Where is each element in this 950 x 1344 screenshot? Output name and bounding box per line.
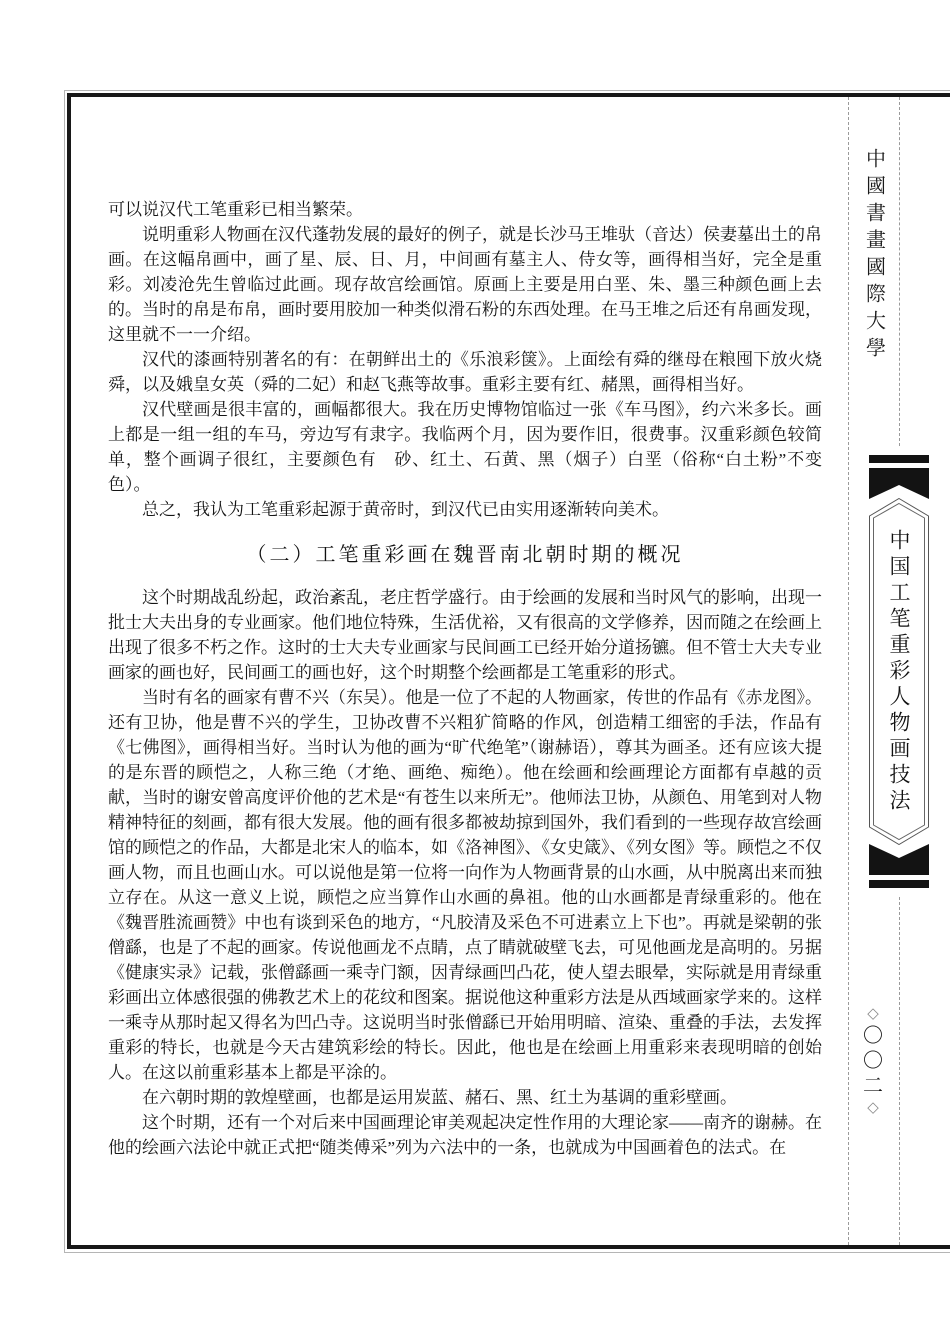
paragraph: 可以说汉代工笔重彩已相当繁荣。 [108, 197, 822, 222]
publisher-vertical-label: 中國書畫國際大學 [860, 148, 889, 364]
sidebar-divider-right-upper [899, 97, 900, 446]
title-banner: 中国工笔重彩人物画技法 [869, 455, 929, 888]
banner-ribbon-bottom [869, 844, 929, 875]
book-title-vertical: 中国工笔重彩人物画技法 [884, 529, 914, 815]
book-page: 可以说汉代工笔重彩已相当繁荣。 说明重彩人物画在汉代蓬勃发展的最好的例子，就是长… [0, 0, 950, 1344]
page-number-digit: 〇 [863, 1050, 883, 1072]
banner-panel: 中国工笔重彩人物画技法 [869, 498, 929, 845]
page-number-digit: 〇 [863, 1025, 883, 1047]
paragraph: 汉代壁画是很丰富的，画幅都很大。我在历史博物馆临过一张《车马图》，约六米多长。画… [108, 397, 822, 497]
banner-ribbon-top [869, 468, 929, 499]
sidebar-divider-left [848, 97, 849, 1245]
diamond-ornament-icon: ◇ [867, 1100, 879, 1116]
paragraph: 这个时期战乱纷起，政治紊乱，老庄哲学盛行。由于绘画的发展和当时风气的影响，出现一… [108, 585, 822, 685]
paragraph: 在六朝时期的敦煌壁画，也都是运用炭蓝、赭石、黑、红土为基调的重彩壁画。 [108, 1085, 822, 1110]
paragraph: 汉代的漆画特别著名的有：在朝鲜出土的《乐浪彩箧》。上面绘有舜的继母在粮囤下放火烧… [108, 347, 822, 397]
paragraph: 当时有名的画家有曹不兴（东吴）。他是一位了不起的人物画家，传世的作品有《赤龙图》… [108, 685, 822, 1085]
banner-bottom-rule [869, 880, 929, 888]
page-number: ◇ 〇 〇 二 ◇ [863, 1006, 883, 1116]
section-heading: （二）工笔重彩画在魏晋南北朝时期的概况 [108, 543, 822, 568]
page-number-digit: 二 [863, 1075, 883, 1097]
banner-top-rule [869, 455, 929, 463]
paragraph: 这个时期，还有一个对后来中国画理论审美观起决定性作用的大理论家——南齐的谢赫。在… [108, 1110, 822, 1160]
paragraph: 说明重彩人物画在汉代蓬勃发展的最好的例子，就是长沙马王堆驮（音达）侯妻墓出土的帛… [108, 222, 822, 347]
main-text-column: 可以说汉代工笔重彩已相当繁荣。 说明重彩人物画在汉代蓬勃发展的最好的例子，就是长… [108, 197, 822, 1160]
diamond-ornament-icon: ◇ [867, 1006, 879, 1022]
sidebar-divider-right-lower [899, 897, 900, 1245]
paragraph: 总之，我认为工笔重彩起源于黄帝时，到汉代已由实用逐渐转向美术。 [108, 497, 822, 522]
